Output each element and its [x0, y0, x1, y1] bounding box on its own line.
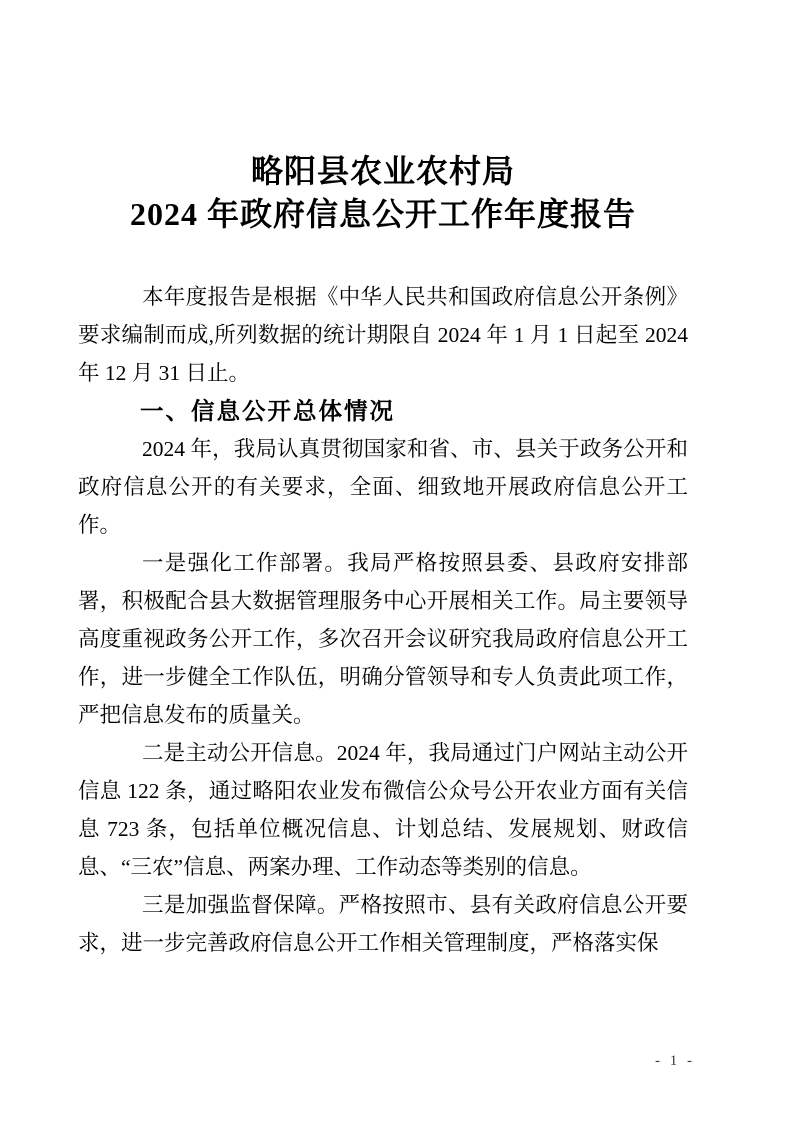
page-number: - 1 -	[655, 1053, 695, 1070]
paragraph-work-deployment: 一是强化工作部署。我局严格按照县委、县政府安排部署，积极配合县大数据管理服务中心…	[78, 544, 688, 734]
paragraph-report-basis: 本年度报告是根据《中华人民共和国政府信息公开条例》要求编制而成,所列数据的统计期…	[78, 278, 688, 392]
document-title-line-1: 略阳县农业农村局	[78, 150, 688, 193]
document-title-line-2: 2024 年政府信息公开工作年度报告	[78, 193, 688, 236]
section-heading-overall-situation: 一、信息公开总体情况	[78, 392, 688, 430]
document-page: 略阳县农业农村局 2024 年政府信息公开工作年度报告 本年度报告是根据《中华人…	[0, 0, 793, 1122]
paragraph-proactive-disclosure: 二是主动公开信息。2024 年，我局通过门户网站主动公开信息 122 条，通过略…	[78, 734, 688, 886]
document-content: 略阳县农业农村局 2024 年政府信息公开工作年度报告 本年度报告是根据《中华人…	[0, 0, 793, 962]
document-title: 略阳县农业农村局 2024 年政府信息公开工作年度报告	[78, 150, 688, 236]
paragraph-overview: 2024 年，我局认真贯彻国家和省、市、县关于政务公开和政府信息公开的有关要求，…	[78, 430, 688, 544]
paragraph-supervision-guarantee: 三是加强监督保障。严格按照市、县有关政府信息公开要求，进一步完善政府信息公开工作…	[78, 886, 688, 962]
